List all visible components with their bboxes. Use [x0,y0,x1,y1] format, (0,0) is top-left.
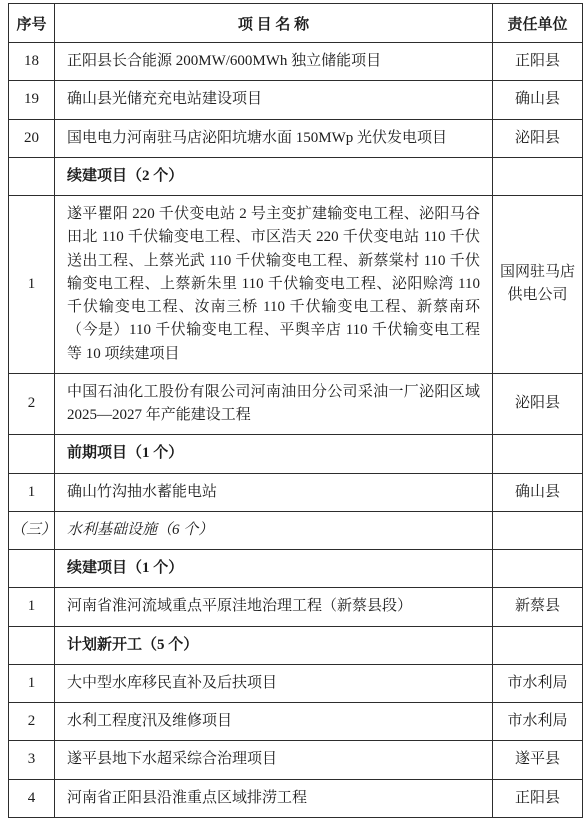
table-row: 3遂平县地下水超采综合治理项目遂平县 [9,741,583,779]
cell-responsible-unit: 市水利局 [493,664,583,702]
table-row: 1确山竹沟抽水蓄能电站确山县 [9,473,583,511]
cell-serial: 18 [9,43,55,81]
cell-responsible-unit [493,435,583,473]
cell-responsible-unit: 确山县 [493,473,583,511]
table-row: 1大中型水库移民直补及后扶项目市水利局 [9,664,583,702]
cell-project-name: 确山竹沟抽水蓄能电站 [55,473,493,511]
cell-project-name: 水利基础设施（6 个） [55,511,493,549]
table-row: 续建项目（1 个） [9,550,583,588]
cell-serial: 19 [9,81,55,119]
column-header-serial: 序号 [9,4,55,43]
cell-serial: 20 [9,119,55,157]
cell-responsible-unit: 正阳县 [493,779,583,817]
document-page: 序号 项 目 名 称 责任单位 18正阳县长合能源 200MW/600MWh 独… [8,3,583,818]
cell-serial: 2 [9,703,55,741]
cell-serial: 1 [9,473,55,511]
cell-project-name: 河南省淮河流域重点平原洼地治理工程（新蔡县段） [55,588,493,626]
table-row: 19确山县光储充充电站建设项目确山县 [9,81,583,119]
table-row: 计划新开工（5 个） [9,626,583,664]
table-row: 1遂平瞿阳 220 千伏变电站 2 号主变扩建输变电工程、泌阳马谷田北 110 … [9,196,583,374]
cell-project-name: 续建项目（2 个） [55,157,493,195]
cell-serial: 1 [9,588,55,626]
cell-serial: （三） [9,511,55,549]
table-row: 20国电电力河南驻马店泌阳坑塘水面 150MWp 光伏发电项目泌阳县 [9,119,583,157]
cell-serial [9,157,55,195]
cell-project-name: 河南省正阳县沿淮重点区域排涝工程 [55,779,493,817]
cell-serial [9,550,55,588]
cell-responsible-unit [493,626,583,664]
cell-project-name: 大中型水库移民直补及后扶项目 [55,664,493,702]
table-row: 2水利工程度汛及维修项目市水利局 [9,703,583,741]
cell-responsible-unit: 遂平县 [493,741,583,779]
cell-serial: 2 [9,373,55,435]
table-row: 4河南省正阳县沿淮重点区域排涝工程正阳县 [9,779,583,817]
table-row: 2中国石油化工股份有限公司河南油田分公司采油一厂泌阳区域2025—2027 年产… [9,373,583,435]
cell-responsible-unit: 正阳县 [493,43,583,81]
cell-responsible-unit: 泌阳县 [493,373,583,435]
table-row: （三）水利基础设施（6 个） [9,511,583,549]
cell-project-name: 遂平县地下水超采综合治理项目 [55,741,493,779]
cell-serial [9,626,55,664]
cell-project-name: 中国石油化工股份有限公司河南油田分公司采油一厂泌阳区域2025—2027 年产能… [55,373,493,435]
table-header-row: 序号 项 目 名 称 责任单位 [9,4,583,43]
table-row: 前期项目（1 个） [9,435,583,473]
cell-project-name: 计划新开工（5 个） [55,626,493,664]
project-table: 序号 项 目 名 称 责任单位 18正阳县长合能源 200MW/600MWh 独… [8,3,583,818]
cell-project-name: 遂平瞿阳 220 千伏变电站 2 号主变扩建输变电工程、泌阳马谷田北 110 千… [55,196,493,374]
cell-responsible-unit: 泌阳县 [493,119,583,157]
table-row: 1河南省淮河流域重点平原洼地治理工程（新蔡县段）新蔡县 [9,588,583,626]
cell-serial: 4 [9,779,55,817]
cell-project-name: 国电电力河南驻马店泌阳坑塘水面 150MWp 光伏发电项目 [55,119,493,157]
cell-responsible-unit: 市水利局 [493,703,583,741]
table-row: 续建项目（2 个） [9,157,583,195]
cell-serial: 1 [9,196,55,374]
table-body: 18正阳县长合能源 200MW/600MWh 独立储能项目正阳县19确山县光储充… [9,43,583,818]
cell-responsible-unit: 新蔡县 [493,588,583,626]
cell-project-name: 续建项目（1 个） [55,550,493,588]
cell-project-name: 水利工程度汛及维修项目 [55,703,493,741]
cell-responsible-unit: 国网驻马店供电公司 [493,196,583,374]
cell-serial [9,435,55,473]
cell-responsible-unit [493,157,583,195]
cell-serial: 1 [9,664,55,702]
column-header-project-name: 项 目 名 称 [55,4,493,43]
column-header-responsible-unit: 责任单位 [493,4,583,43]
cell-project-name: 前期项目（1 个） [55,435,493,473]
cell-responsible-unit: 确山县 [493,81,583,119]
cell-project-name: 正阳县长合能源 200MW/600MWh 独立储能项目 [55,43,493,81]
cell-project-name: 确山县光储充充电站建设项目 [55,81,493,119]
table-row: 18正阳县长合能源 200MW/600MWh 独立储能项目正阳县 [9,43,583,81]
cell-responsible-unit [493,550,583,588]
cell-responsible-unit [493,511,583,549]
cell-serial: 3 [9,741,55,779]
